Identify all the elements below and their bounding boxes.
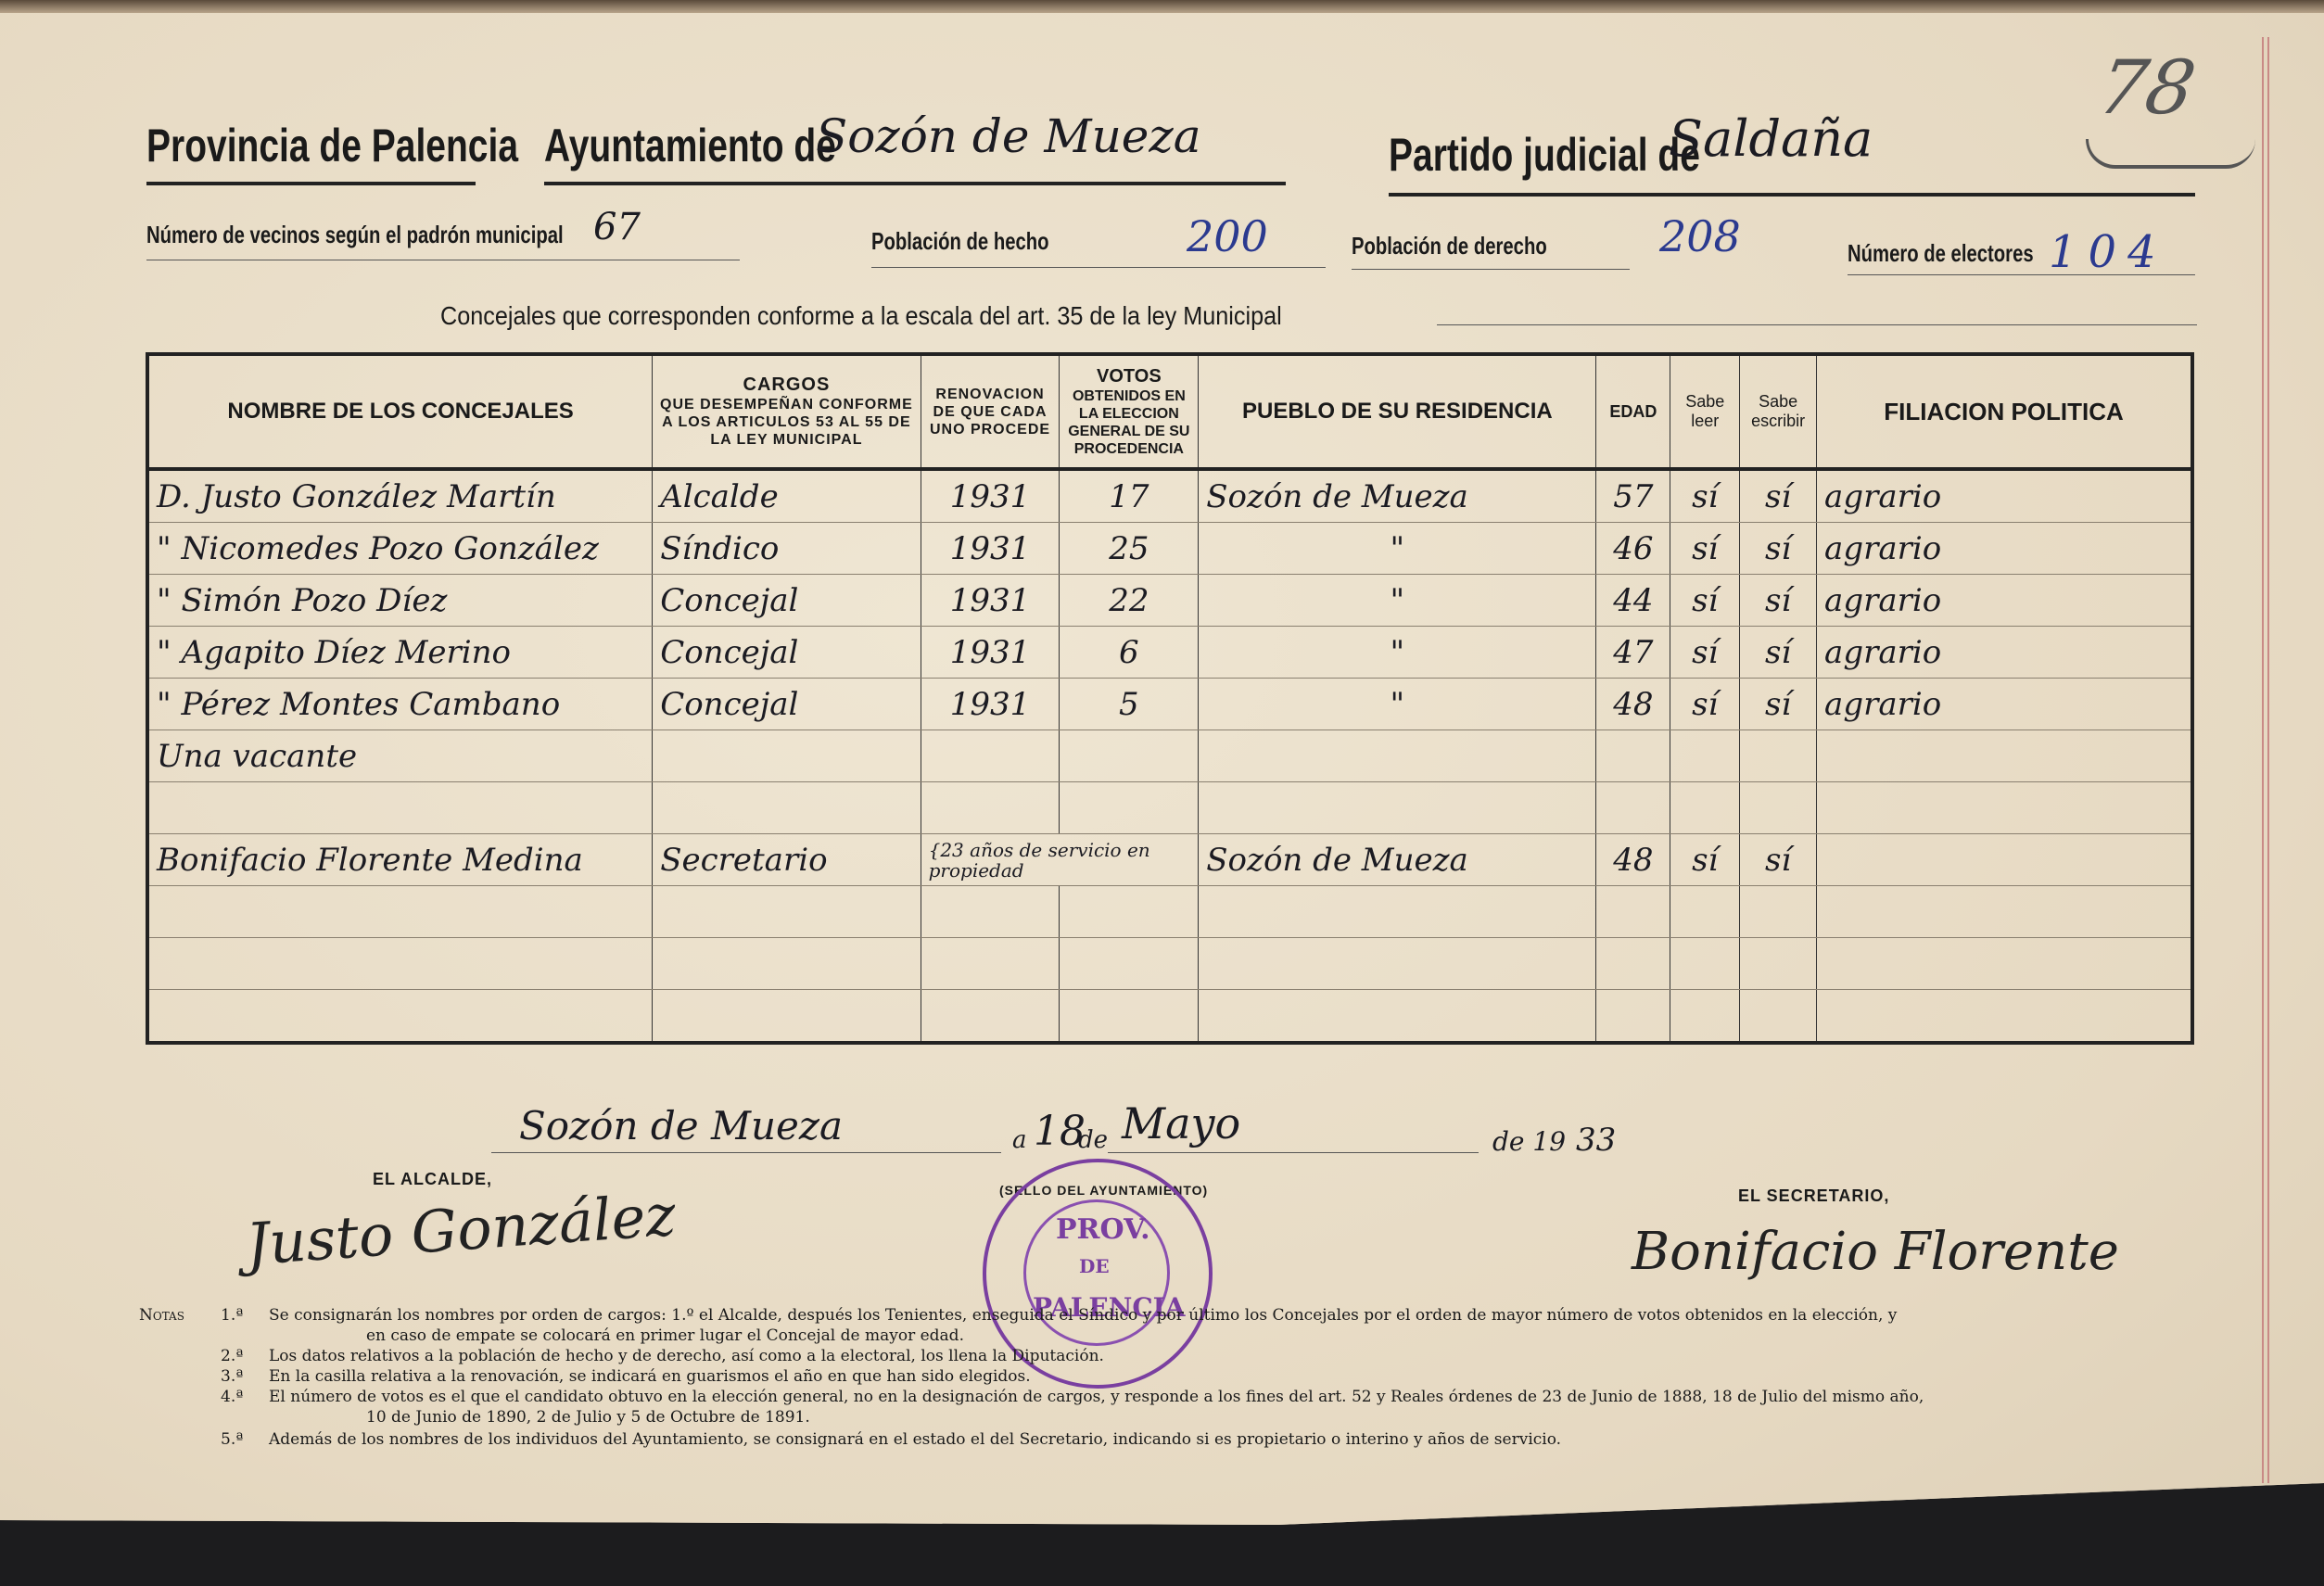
cell-escribir	[1740, 782, 1817, 834]
cell-cargo: Alcalde	[653, 469, 921, 523]
cell-votos: 25	[1060, 523, 1199, 575]
cell-pueblo: "	[1199, 627, 1596, 679]
cell-pueblo	[1199, 938, 1596, 990]
ayuntamiento-value: Sozón de Mueza	[816, 109, 1201, 163]
col-sabe-escribir: Sabe escribir	[1740, 354, 1817, 469]
cell-filiacion	[1817, 834, 2192, 886]
cell-nombre	[147, 938, 653, 990]
cell-filiacion	[1817, 886, 2192, 938]
note-text: Los datos relativos a la población de he…	[269, 1346, 1104, 1366]
cell-renovacion: 1931	[921, 627, 1060, 679]
book-top-edge	[0, 0, 2324, 13]
divider	[146, 182, 476, 185]
cell-escribir: sí	[1740, 627, 1817, 679]
cell-escribir	[1740, 938, 1817, 990]
col-cargos: CARGOSQUE DESEMPEÑAN CONFORME A LOS ARTI…	[653, 354, 921, 469]
cell-edad	[1596, 730, 1670, 782]
note-text: en caso de empate se colocará en primer …	[366, 1326, 964, 1346]
cell-nombre: " Agapito Díez Merino	[147, 627, 653, 679]
cell-edad: 57	[1596, 469, 1670, 523]
col-votos: VOTOSOBTENIDOS EN LA ELECCION GENERAL DE…	[1060, 354, 1199, 469]
cell-votos	[1060, 886, 1199, 938]
cell-escribir: sí	[1740, 679, 1817, 730]
derecho-value: 208	[1659, 211, 1741, 261]
table-row	[147, 886, 2192, 938]
cell-leer: sí	[1670, 627, 1740, 679]
derecho-label: Población de derecho	[1352, 232, 1547, 260]
cell-escribir: sí	[1740, 469, 1817, 523]
cell-nombre: " Simón Pozo Díez	[147, 575, 653, 627]
divider	[1848, 274, 2195, 275]
cell-renovacion	[921, 886, 1060, 938]
hecho-value: 200	[1187, 211, 1268, 261]
note-text: Además de los nombres de los individuos …	[269, 1429, 1561, 1450]
cell-leer: sí	[1670, 469, 1740, 523]
cell-cargo	[653, 990, 921, 1044]
cell-escribir	[1740, 730, 1817, 782]
cell-leer	[1670, 990, 1740, 1044]
dateline-a: a	[1012, 1126, 1027, 1154]
cell-renovacion	[921, 730, 1060, 782]
ayuntamiento-label: Ayuntamiento de	[544, 119, 836, 172]
dateline-year: 33	[1576, 1122, 1616, 1159]
cell-cargo: Concejal	[653, 575, 921, 627]
cell-votos	[1060, 730, 1199, 782]
dateline-month: Mayo	[1122, 1098, 1240, 1148]
dateline-place: Sozón de Mueza	[519, 1103, 843, 1148]
table-row: D. Justo González Martín Alcalde 1931 17…	[147, 469, 2192, 523]
table-row	[147, 938, 2192, 990]
cell-renovacion	[921, 782, 1060, 834]
notes-label: Notas	[139, 1305, 184, 1326]
cell-votos	[1060, 990, 1199, 1044]
concejales-line: Concejales que corresponden conforme a l…	[440, 301, 1282, 331]
cell-edad: 46	[1596, 523, 1670, 575]
cell-cargo: Concejal	[653, 679, 921, 730]
col-renovacion: RENOVACION DE QUE CADA UNO PROCEDE	[921, 354, 1060, 469]
cell-votos: 5	[1060, 679, 1199, 730]
cell-pueblo: "	[1199, 523, 1596, 575]
cell-cargo	[653, 730, 921, 782]
note-number: 2.ª	[221, 1346, 243, 1366]
cell-leer	[1670, 886, 1740, 938]
cell-nombre	[147, 782, 653, 834]
cell-edad	[1596, 990, 1670, 1044]
cell-votos	[1060, 938, 1199, 990]
stamp-text: PROV.	[1056, 1213, 1150, 1246]
cell-escribir: sí	[1740, 523, 1817, 575]
cell-pueblo: "	[1199, 575, 1596, 627]
note-number: 4.ª	[221, 1387, 243, 1407]
cell-leer	[1670, 730, 1740, 782]
table-row: " Nicomedes Pozo González Síndico 1931 2…	[147, 523, 2192, 575]
cell-edad: 48	[1596, 679, 1670, 730]
partido-value: Saldaña	[1669, 109, 1873, 168]
cell-cargo	[653, 782, 921, 834]
partido-label: Partido judicial de	[1389, 128, 1700, 182]
cell-pueblo	[1199, 730, 1596, 782]
divider	[544, 182, 1286, 185]
col-filiacion: FILIACION POLITICA	[1817, 354, 2192, 469]
cell-escribir: sí	[1740, 575, 1817, 627]
cell-renovacion	[921, 938, 1060, 990]
cell-filiacion: agrario	[1817, 469, 2192, 523]
cell-filiacion: agrario	[1817, 575, 2192, 627]
divider	[1437, 324, 2197, 325]
cell-filiacion	[1817, 782, 2192, 834]
cell-nombre	[147, 886, 653, 938]
table-row: " Agapito Díez Merino Concejal 1931 6 " …	[147, 627, 2192, 679]
cell-nombre: " Pérez Montes Cambano	[147, 679, 653, 730]
cell-leer	[1670, 782, 1740, 834]
table-row: Una vacante	[147, 730, 2192, 782]
cell-filiacion	[1817, 730, 2192, 782]
page-number: 78	[2092, 44, 2202, 131]
cell-filiacion: agrario	[1817, 627, 2192, 679]
cell-cargo: Concejal	[653, 627, 921, 679]
ledger-page: 78 Provincia de Palencia Ayuntamiento de…	[0, 0, 2324, 1557]
cell-nombre: Una vacante	[147, 730, 653, 782]
cell-votos: 22	[1060, 575, 1199, 627]
note-text: Se consignarán los nombres por orden de …	[269, 1305, 1897, 1326]
electores-value: 104	[2049, 226, 2167, 278]
cell-edad	[1596, 886, 1670, 938]
alcalde-signature: Justo González	[244, 1181, 678, 1278]
cell-escribir: sí	[1740, 834, 1817, 886]
cell-edad: 47	[1596, 627, 1670, 679]
table-row	[147, 782, 2192, 834]
vecinos-label: Número de vecinos según el padrón munici…	[146, 221, 564, 249]
cell-leer: sí	[1670, 679, 1740, 730]
cell-cargo: Síndico	[653, 523, 921, 575]
col-nombre: NOMBRE DE LOS CONCEJALES	[147, 354, 653, 469]
cell-escribir	[1740, 990, 1817, 1044]
cell-leer: sí	[1670, 523, 1740, 575]
cell-filiacion	[1817, 938, 2192, 990]
provincia-label: Provincia de Palencia	[146, 119, 518, 172]
cell-cargo	[653, 938, 921, 990]
divider	[491, 1152, 1001, 1153]
note-text: En la casilla relativa a la renovación, …	[269, 1366, 1031, 1387]
divider	[1108, 1152, 1479, 1153]
cell-leer	[1670, 938, 1740, 990]
cell-leer: sí	[1670, 575, 1740, 627]
cell-filiacion	[1817, 990, 2192, 1044]
cell-cargo: Secretario	[653, 834, 921, 886]
cell-filiacion: agrario	[1817, 523, 2192, 575]
cell-renovacion	[921, 990, 1060, 1044]
cell-renovacion: 1931	[921, 679, 1060, 730]
cell-pueblo: Sozón de Mueza	[1199, 469, 1596, 523]
cell-edad: 44	[1596, 575, 1670, 627]
cell-votos: 17	[1060, 469, 1199, 523]
margin-rule	[2262, 37, 2269, 1483]
table-row: " Pérez Montes Cambano Concejal 1931 5 "…	[147, 679, 2192, 730]
table-row-secretario: Bonifacio Florente Medina Secretario {23…	[147, 834, 2192, 886]
note-text: 10 de Junio de 1890, 2 de Julio y 5 de O…	[366, 1407, 810, 1427]
page-number-underline	[2086, 139, 2255, 169]
col-sabe-leer: Sabe leer	[1670, 354, 1740, 469]
hecho-label: Población de hecho	[871, 227, 1049, 256]
cell-votos	[1060, 782, 1199, 834]
cell-nombre	[147, 990, 653, 1044]
secretario-label: EL SECRETARIO,	[1738, 1186, 1889, 1206]
dateline-year-prefix: de 19	[1492, 1126, 1566, 1157]
note-number: 5.ª	[221, 1429, 243, 1450]
electores-label: Número de electores	[1848, 239, 2034, 268]
cell-edad	[1596, 782, 1670, 834]
cell-renovacion: 1931	[921, 469, 1060, 523]
note-number: 3.ª	[221, 1366, 243, 1387]
vecinos-value: 67	[593, 206, 641, 248]
divider	[1389, 193, 2195, 197]
col-edad: EDAD	[1596, 354, 1670, 469]
cell-pueblo: Sozón de Mueza	[1199, 834, 1596, 886]
table-row: " Simón Pozo Díez Concejal 1931 22 " 44 …	[147, 575, 2192, 627]
cell-leer: sí	[1670, 834, 1740, 886]
divider	[871, 267, 1326, 268]
note-text: El número de votos es el que el candidat…	[269, 1387, 1924, 1407]
cell-cargo	[653, 886, 921, 938]
cell-escribir	[1740, 886, 1817, 938]
cell-nombre: " Nicomedes Pozo González	[147, 523, 653, 575]
dateline-de: de	[1078, 1126, 1108, 1154]
alcalde-label: EL ALCALDE,	[373, 1170, 492, 1189]
cell-renovacion: 1931	[921, 523, 1060, 575]
cell-edad	[1596, 938, 1670, 990]
table-row	[147, 990, 2192, 1044]
cell-pueblo: "	[1199, 679, 1596, 730]
table-header-row: NOMBRE DE LOS CONCEJALES CARGOSQUE DESEM…	[147, 354, 2192, 469]
note-number: 1.ª	[221, 1305, 243, 1326]
divider	[1352, 269, 1630, 270]
council-register-table: NOMBRE DE LOS CONCEJALES CARGOSQUE DESEM…	[146, 352, 2194, 1045]
cell-filiacion: agrario	[1817, 679, 2192, 730]
divider	[146, 260, 740, 260]
cell-pueblo	[1199, 990, 1596, 1044]
secretario-signature: Bonifacio Florente	[1632, 1222, 2119, 1282]
cell-pueblo	[1199, 886, 1596, 938]
cell-nombre: D. Justo González Martín	[147, 469, 653, 523]
cell-pueblo	[1199, 782, 1596, 834]
col-pueblo: PUEBLO DE SU RESIDENCIA	[1199, 354, 1596, 469]
cell-servicio: {23 años de servicio en propiedad	[921, 834, 1199, 886]
stamp-text: DE	[1079, 1255, 1110, 1277]
cell-renovacion: 1931	[921, 575, 1060, 627]
cell-votos: 6	[1060, 627, 1199, 679]
cell-edad: 48	[1596, 834, 1670, 886]
cell-nombre: Bonifacio Florente Medina	[147, 834, 653, 886]
